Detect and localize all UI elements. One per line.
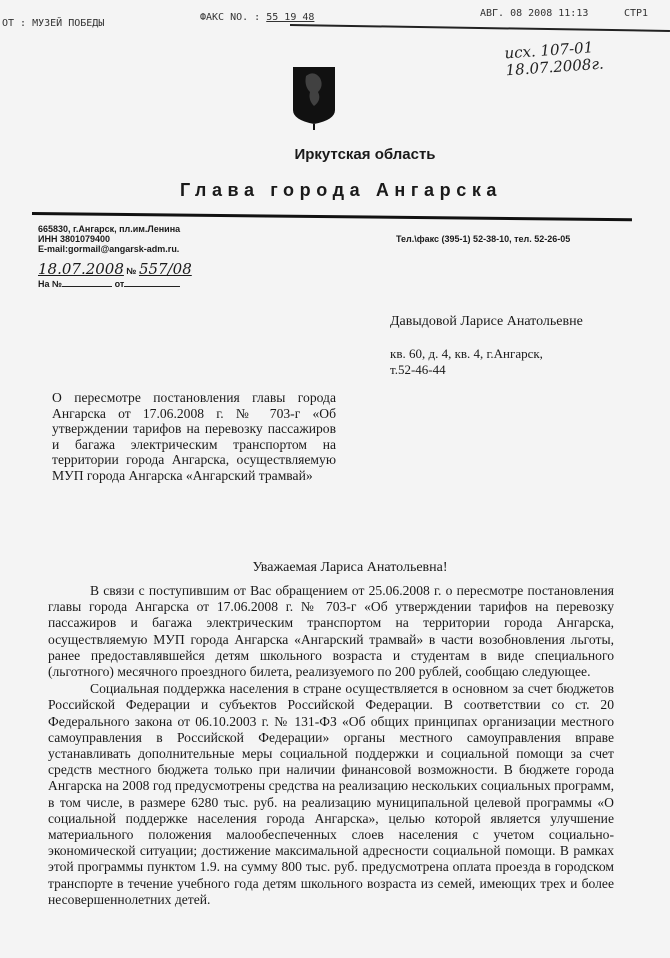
letterhead-inn: ИНН 3801079400 bbox=[38, 234, 180, 244]
registration-date: 18.07.2008 bbox=[38, 260, 124, 278]
fax-datetime: АВГ. 08 2008 11:13 bbox=[480, 8, 588, 19]
reference-number-blank bbox=[62, 278, 112, 287]
fax-number-line: ФАКС NO. : 55 19 48 bbox=[200, 12, 314, 23]
fax-sender: ОТ : МУЗЕЙ ПОБЕДЫ bbox=[2, 18, 104, 29]
registration-number-label: № bbox=[126, 266, 136, 276]
letterhead-phones: Тел.\факс (395-1) 52-38-10, тел. 52-26-0… bbox=[396, 234, 570, 244]
registration-number: 557/08 bbox=[139, 260, 192, 278]
reference-from-label: от bbox=[115, 279, 125, 289]
letterhead-contacts: 665830, г.Ангарск, пл.им.Ленина ИНН 3801… bbox=[38, 224, 180, 254]
reference-label: На № bbox=[38, 279, 62, 289]
letterhead-title: Глава города Ангарска bbox=[180, 180, 502, 201]
reference-date-blank bbox=[124, 278, 180, 287]
letter-greeting: Уважаемая Лариса Анатольевна! bbox=[0, 560, 670, 576]
recipient-address-line1: кв. 60, д. 4, кв. 4, г.Ангарск, bbox=[390, 346, 543, 362]
recipient-name: Давыдовой Ларисе Анатольевне bbox=[390, 314, 583, 330]
fax-number: 55 19 48 bbox=[266, 12, 314, 23]
recipient-address: кв. 60, д. 4, кв. 4, г.Ангарск, т.52-46-… bbox=[390, 346, 543, 378]
fax-header-rule bbox=[290, 24, 670, 32]
handwritten-outgoing-note: исх. 107-01 18.07.2008г. bbox=[504, 39, 604, 80]
letterhead-email: E-mail:gormail@angarsk-adm.ru. bbox=[38, 244, 180, 254]
coat-of-arms-icon bbox=[292, 66, 336, 130]
fax-document-page: ОТ : МУЗЕЙ ПОБЕДЫ ФАКС NO. : 55 19 48 АВ… bbox=[0, 0, 670, 958]
body-paragraph: Социальная поддержка населения в стране … bbox=[48, 681, 614, 908]
registration-line: 18.07.2008 № 557/08 bbox=[38, 260, 192, 278]
fax-number-label: ФАКС NO. : bbox=[200, 12, 266, 23]
fax-page-number: СТР1 bbox=[624, 8, 648, 19]
letterhead-address: 665830, г.Ангарск, пл.им.Ленина bbox=[38, 224, 180, 234]
fax-transmission-header: ОТ : МУЗЕЙ ПОБЕДЫ ФАКС NO. : 55 19 48 АВ… bbox=[0, 8, 670, 28]
letter-subject: О пересмотре постановления главы города … bbox=[52, 390, 336, 484]
recipient-phone: т.52-46-44 bbox=[390, 362, 543, 378]
reference-line: На № от bbox=[38, 278, 180, 289]
letterhead-region: Иркутская область bbox=[0, 146, 670, 163]
letterhead-rule bbox=[32, 212, 632, 221]
letter-body: В связи с поступившим от Вас обращением … bbox=[48, 583, 614, 908]
body-paragraph: В связи с поступившим от Вас обращением … bbox=[48, 583, 614, 680]
